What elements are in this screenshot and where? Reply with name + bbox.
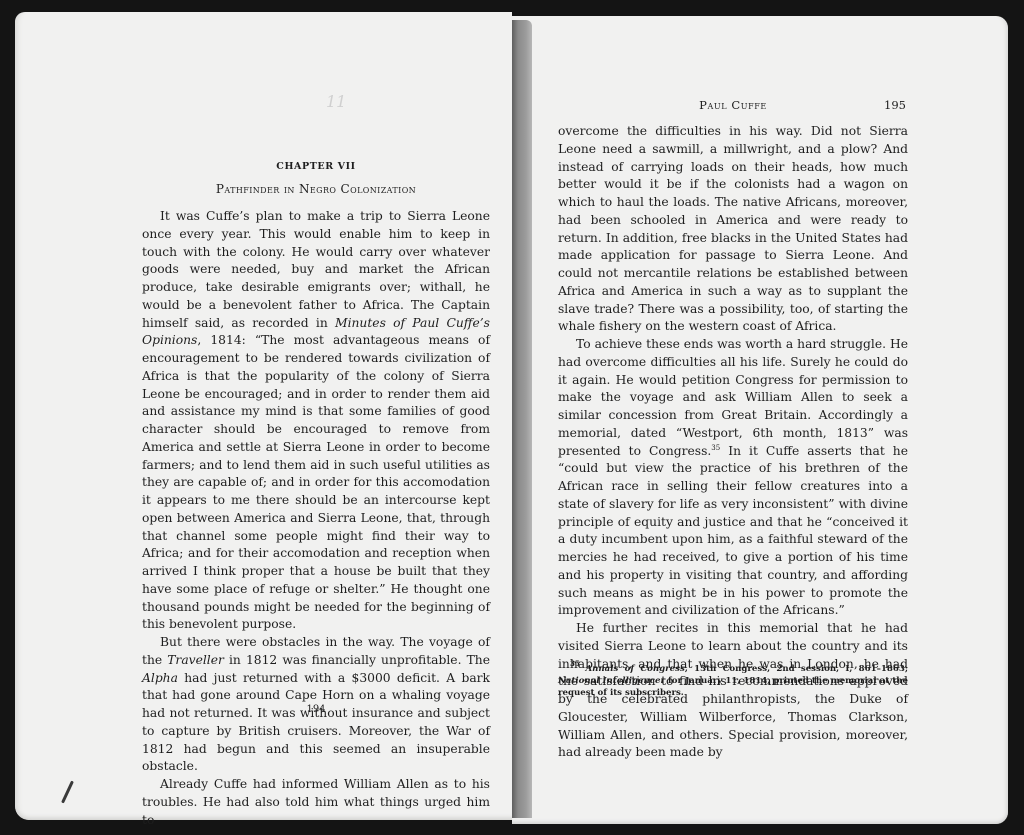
pencil-annotation: 11 <box>326 92 346 111</box>
paragraph: overcome the difficulties in his way. Di… <box>558 123 908 336</box>
footnote: 35 Annals of Congress, 13th Congress, 2n… <box>558 663 908 700</box>
left-page-body: It was Cuffe’s plan to make a trip to Si… <box>142 208 490 829</box>
left-page-number: 194 <box>142 704 490 715</box>
chapter-title: Pathfinder in Negro Colonization <box>142 182 490 196</box>
footnote-text: 35 Annals of Congress, 13th Congress, 2n… <box>558 663 908 700</box>
running-head-title: Paul Cuffe <box>558 98 908 112</box>
footnote-reference: 35 <box>711 444 720 452</box>
paragraph: It was Cuffe’s plan to make a trip to Si… <box>142 208 490 634</box>
book-spine-gutter <box>512 20 532 818</box>
paragraph: Already Cuffe had informed William Allen… <box>142 776 490 829</box>
paragraph: To achieve these ends was worth a hard s… <box>558 336 908 620</box>
chapter-number: CHAPTER VII <box>142 161 490 172</box>
footnote-marker: 35 <box>570 659 585 668</box>
right-page-number: 195 <box>884 98 906 112</box>
